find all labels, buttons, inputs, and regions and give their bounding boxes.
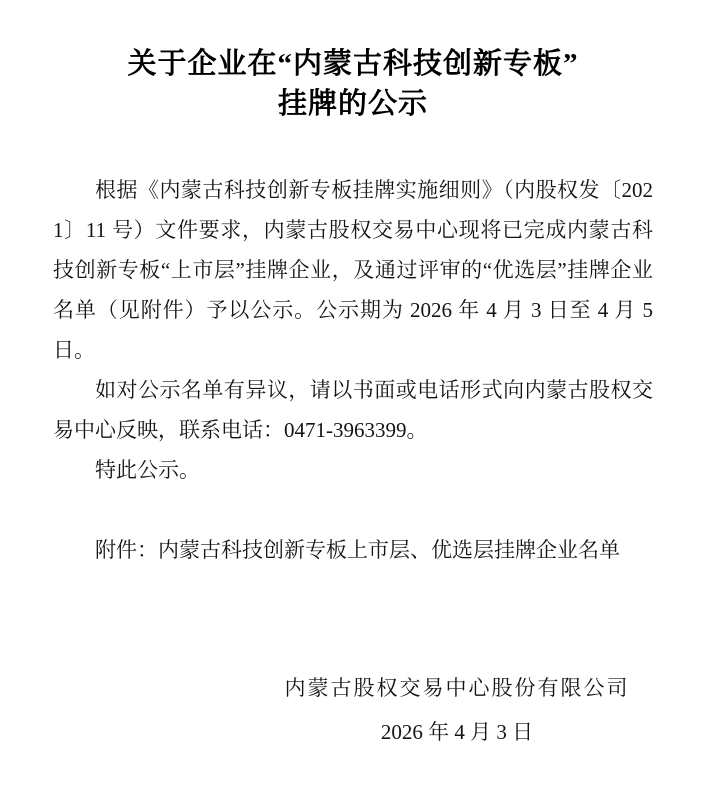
document-body: 根据《内蒙古科技创新专板挂牌实施细则》（内股权发〔2021〕11 号）文件要求，… xyxy=(53,170,653,752)
signature-company: 内蒙古股权交易中心股份有限公司 xyxy=(285,668,630,708)
signature-block: 内蒙古股权交易中心股份有限公司 2026 年 4 月 3 日 xyxy=(292,668,622,752)
page-title-line2: 挂牌的公示 xyxy=(53,84,653,124)
announcement-page: 关于企业在“内蒙古科技创新专板” 挂牌的公示 根据《内蒙古科技创新专板挂牌实施细… xyxy=(0,0,706,802)
paragraph-attachment: 附件：内蒙古科技创新专板上市层、优选层挂牌企业名单 xyxy=(53,530,653,570)
page-title-line1: 关于企业在“内蒙古科技创新专板” xyxy=(53,44,653,84)
page-title: 关于企业在“内蒙古科技创新专板” 挂牌的公示 xyxy=(53,44,653,124)
paragraph-closing: 特此公示。 xyxy=(53,450,653,490)
paragraph-contact: 如对公示名单有异议，请以书面或电话形式向内蒙古股权交易中心反映，联系电话：047… xyxy=(53,370,653,450)
signature-date: 2026 年 4 月 3 日 xyxy=(381,712,533,752)
paragraph-basis: 根据《内蒙古科技创新专板挂牌实施细则》（内股权发〔2021〕11 号）文件要求，… xyxy=(53,170,653,370)
